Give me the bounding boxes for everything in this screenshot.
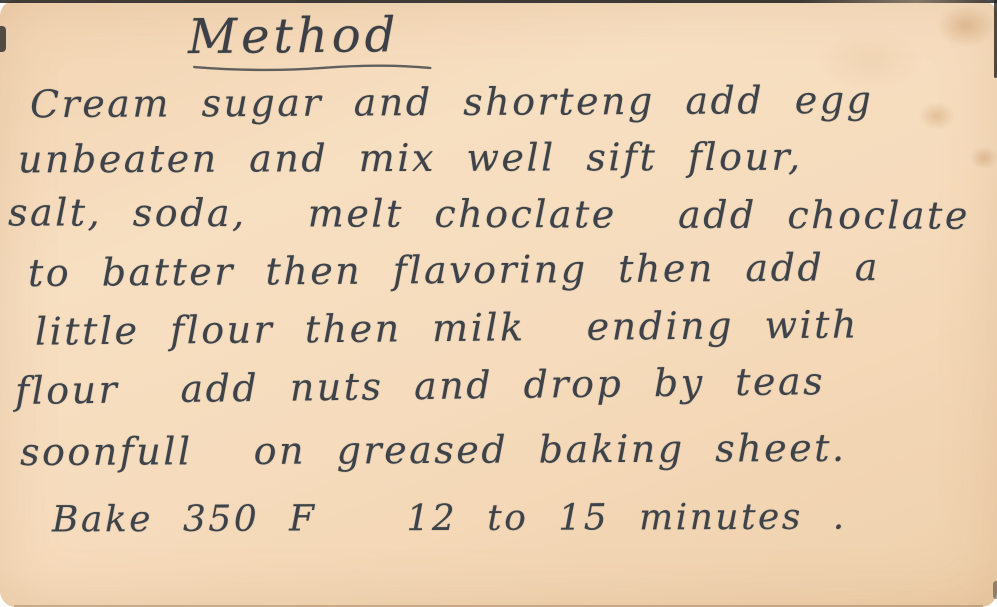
handwritten-line: to batter then flavoring then add a: [28, 245, 880, 295]
handwritten-line: unbeaten and mix well sift flour,: [18, 135, 803, 182]
handwritten-line: Cream sugar and shorteng add egg: [30, 78, 874, 126]
scanned-page: Method Cream sugar and shorteng add egg …: [0, 0, 997, 607]
handwritten-line: salt, soda, melt choclate add choclate: [8, 190, 970, 237]
handwritten-line: soonfull on greased baking sheet.: [20, 426, 847, 474]
handwritten-body: Cream sugar and shorteng add egg unbeate…: [0, 0, 997, 607]
recipe-card: Method Cream sugar and shorteng add egg …: [0, 0, 997, 607]
handwritten-line: Bake 350 F 12 to 15 minutes .: [52, 497, 847, 541]
handwritten-line: flour add nuts and drop by teas: [15, 359, 826, 413]
handwritten-line: little flour then milk ending with: [35, 302, 859, 353]
